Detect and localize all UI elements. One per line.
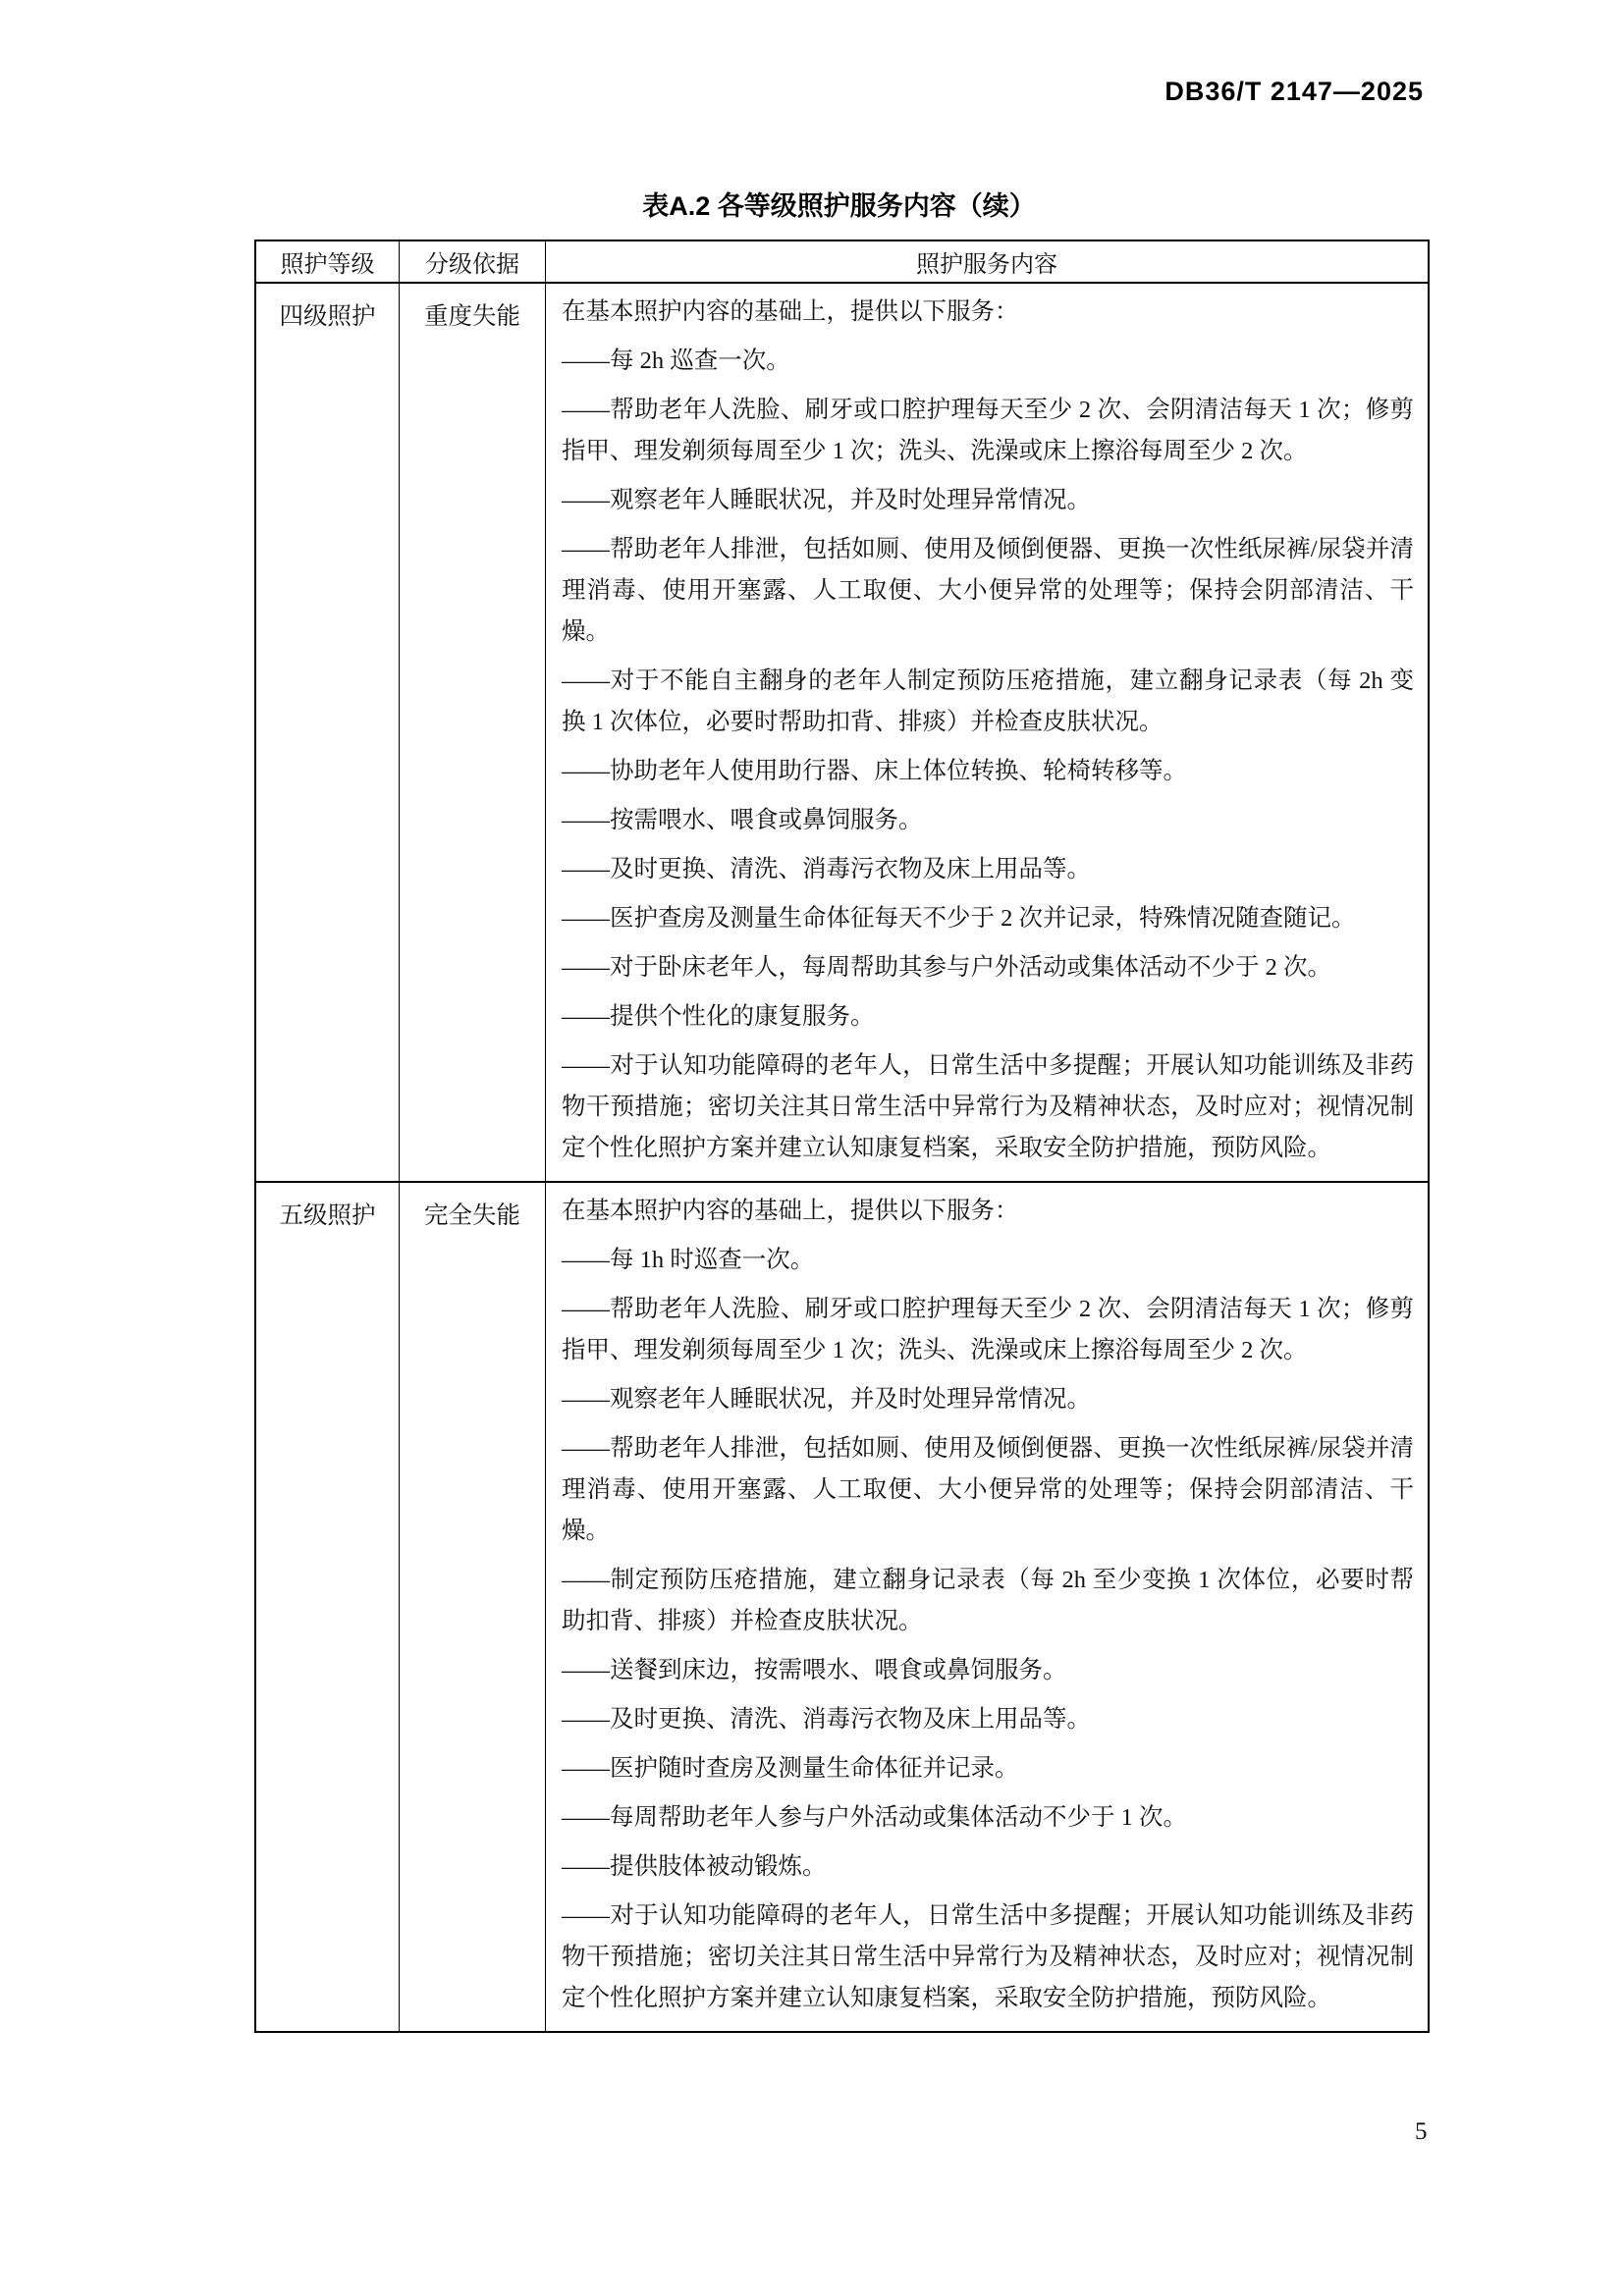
page-number: 5 (1415, 2118, 1428, 2146)
care-level-cell: 五级照护 (255, 1182, 400, 2032)
column-header-service-content: 照护服务内容 (546, 240, 1430, 283)
service-item: ——对于认知功能障碍的老年人，日常生活中多提醒；开展认知功能训练及非药物干预措施… (562, 1045, 1414, 1169)
service-item: ——每周帮助老年人参与户外活动或集体活动不少于 1 次。 (562, 1797, 1414, 1839)
table-row: 五级照护完全失能在基本照护内容的基础上，提供以下服务：——每 1h 时巡查一次。… (255, 1182, 1429, 2032)
service-item: ——每 1h 时巡查一次。 (562, 1240, 1414, 1281)
table-title: 表A.2 各等级照护服务内容（续） (254, 185, 1424, 223)
service-item: ——对于不能自主翻身的老年人制定预防压疮措施，建立翻身记录表（每 2h 变换 1… (562, 661, 1414, 743)
standard-number: DB36/T 2147—2025 (254, 77, 1424, 107)
document-page: DB36/T 2147—2025 表A.2 各等级照护服务内容（续） 照护等级 … (0, 0, 1624, 2296)
column-header-care-level: 照护等级 (255, 240, 400, 283)
services-cell: 在基本照护内容的基础上，提供以下服务：——每 2h 巡查一次。——帮助老年人洗脸… (546, 283, 1430, 1182)
service-item: ——及时更换、清洗、消毒污衣物及床上用品等。 (562, 849, 1414, 890)
column-header-grading-basis: 分级依据 (400, 240, 546, 283)
grading-basis-cell: 重度失能 (400, 283, 546, 1182)
service-item: 在基本照护内容的基础上，提供以下服务： (562, 292, 1414, 333)
grading-basis-cell: 完全失能 (400, 1182, 546, 2032)
service-item: ——帮助老年人排泄，包括如厕、使用及倾倒便器、更换一次性纸尿裤/尿袋并清理消毒、… (562, 1428, 1414, 1552)
care-level-cell: 四级照护 (255, 283, 400, 1182)
service-item: ——医护随时查房及测量生命体征并记录。 (562, 1748, 1414, 1789)
service-item: ——协助老年人使用助行器、床上体位转换、轮椅转移等。 (562, 751, 1414, 792)
service-item: ——提供个性化的康复服务。 (562, 996, 1414, 1038)
service-item: ——每 2h 巡查一次。 (562, 341, 1414, 382)
service-item: ——帮助老年人洗脸、刷牙或口腔护理每天至少 2 次、会阴清洁每天 1 次；修剪指… (562, 1289, 1414, 1371)
service-item: ——提供肢体被动锻炼。 (562, 1846, 1414, 1888)
service-item: ——帮助老年人排泄，包括如厕、使用及倾倒便器、更换一次性纸尿裤/尿袋并清理消毒、… (562, 529, 1414, 653)
service-item: 在基本照护内容的基础上，提供以下服务： (562, 1191, 1414, 1232)
service-item: ——及时更换、清洗、消毒污衣物及床上用品等。 (562, 1699, 1414, 1740)
service-item: ——观察老年人睡眠状况，并及时处理异常情况。 (562, 480, 1414, 521)
header-row: 照护等级 分级依据 照护服务内容 (255, 240, 1429, 283)
service-item: ——医护查房及测量生命体征每天不少于 2 次并记录，特殊情况随查随记。 (562, 898, 1414, 939)
service-item: ——帮助老年人洗脸、刷牙或口腔护理每天至少 2 次、会阴清洁每天 1 次；修剪指… (562, 390, 1414, 472)
service-item: ——观察老年人睡眠状况，并及时处理异常情况。 (562, 1379, 1414, 1420)
service-item: ——按需喂水、喂食或鼻饲服务。 (562, 800, 1414, 841)
care-services-table: 照护等级 分级依据 照护服务内容 四级照护重度失能在基本照护内容的基础上，提供以… (254, 240, 1430, 2033)
service-item: ——对于认知功能障碍的老年人，日常生活中多提醒；开展认知功能训练及非药物干预措施… (562, 1896, 1414, 2019)
service-item: ——送餐到床边，按需喂水、喂食或鼻饲服务。 (562, 1650, 1414, 1691)
services-cell: 在基本照护内容的基础上，提供以下服务：——每 1h 时巡查一次。——帮助老年人洗… (546, 1182, 1430, 2032)
service-item: ——对于卧床老年人，每周帮助其参与户外活动或集体活动不少于 2 次。 (562, 947, 1414, 988)
table-row: 四级照护重度失能在基本照护内容的基础上，提供以下服务：——每 2h 巡查一次。—… (255, 283, 1429, 1182)
service-item: ——制定预防压疮措施，建立翻身记录表（每 2h 至少变换 1 次体位，必要时帮助… (562, 1560, 1414, 1642)
